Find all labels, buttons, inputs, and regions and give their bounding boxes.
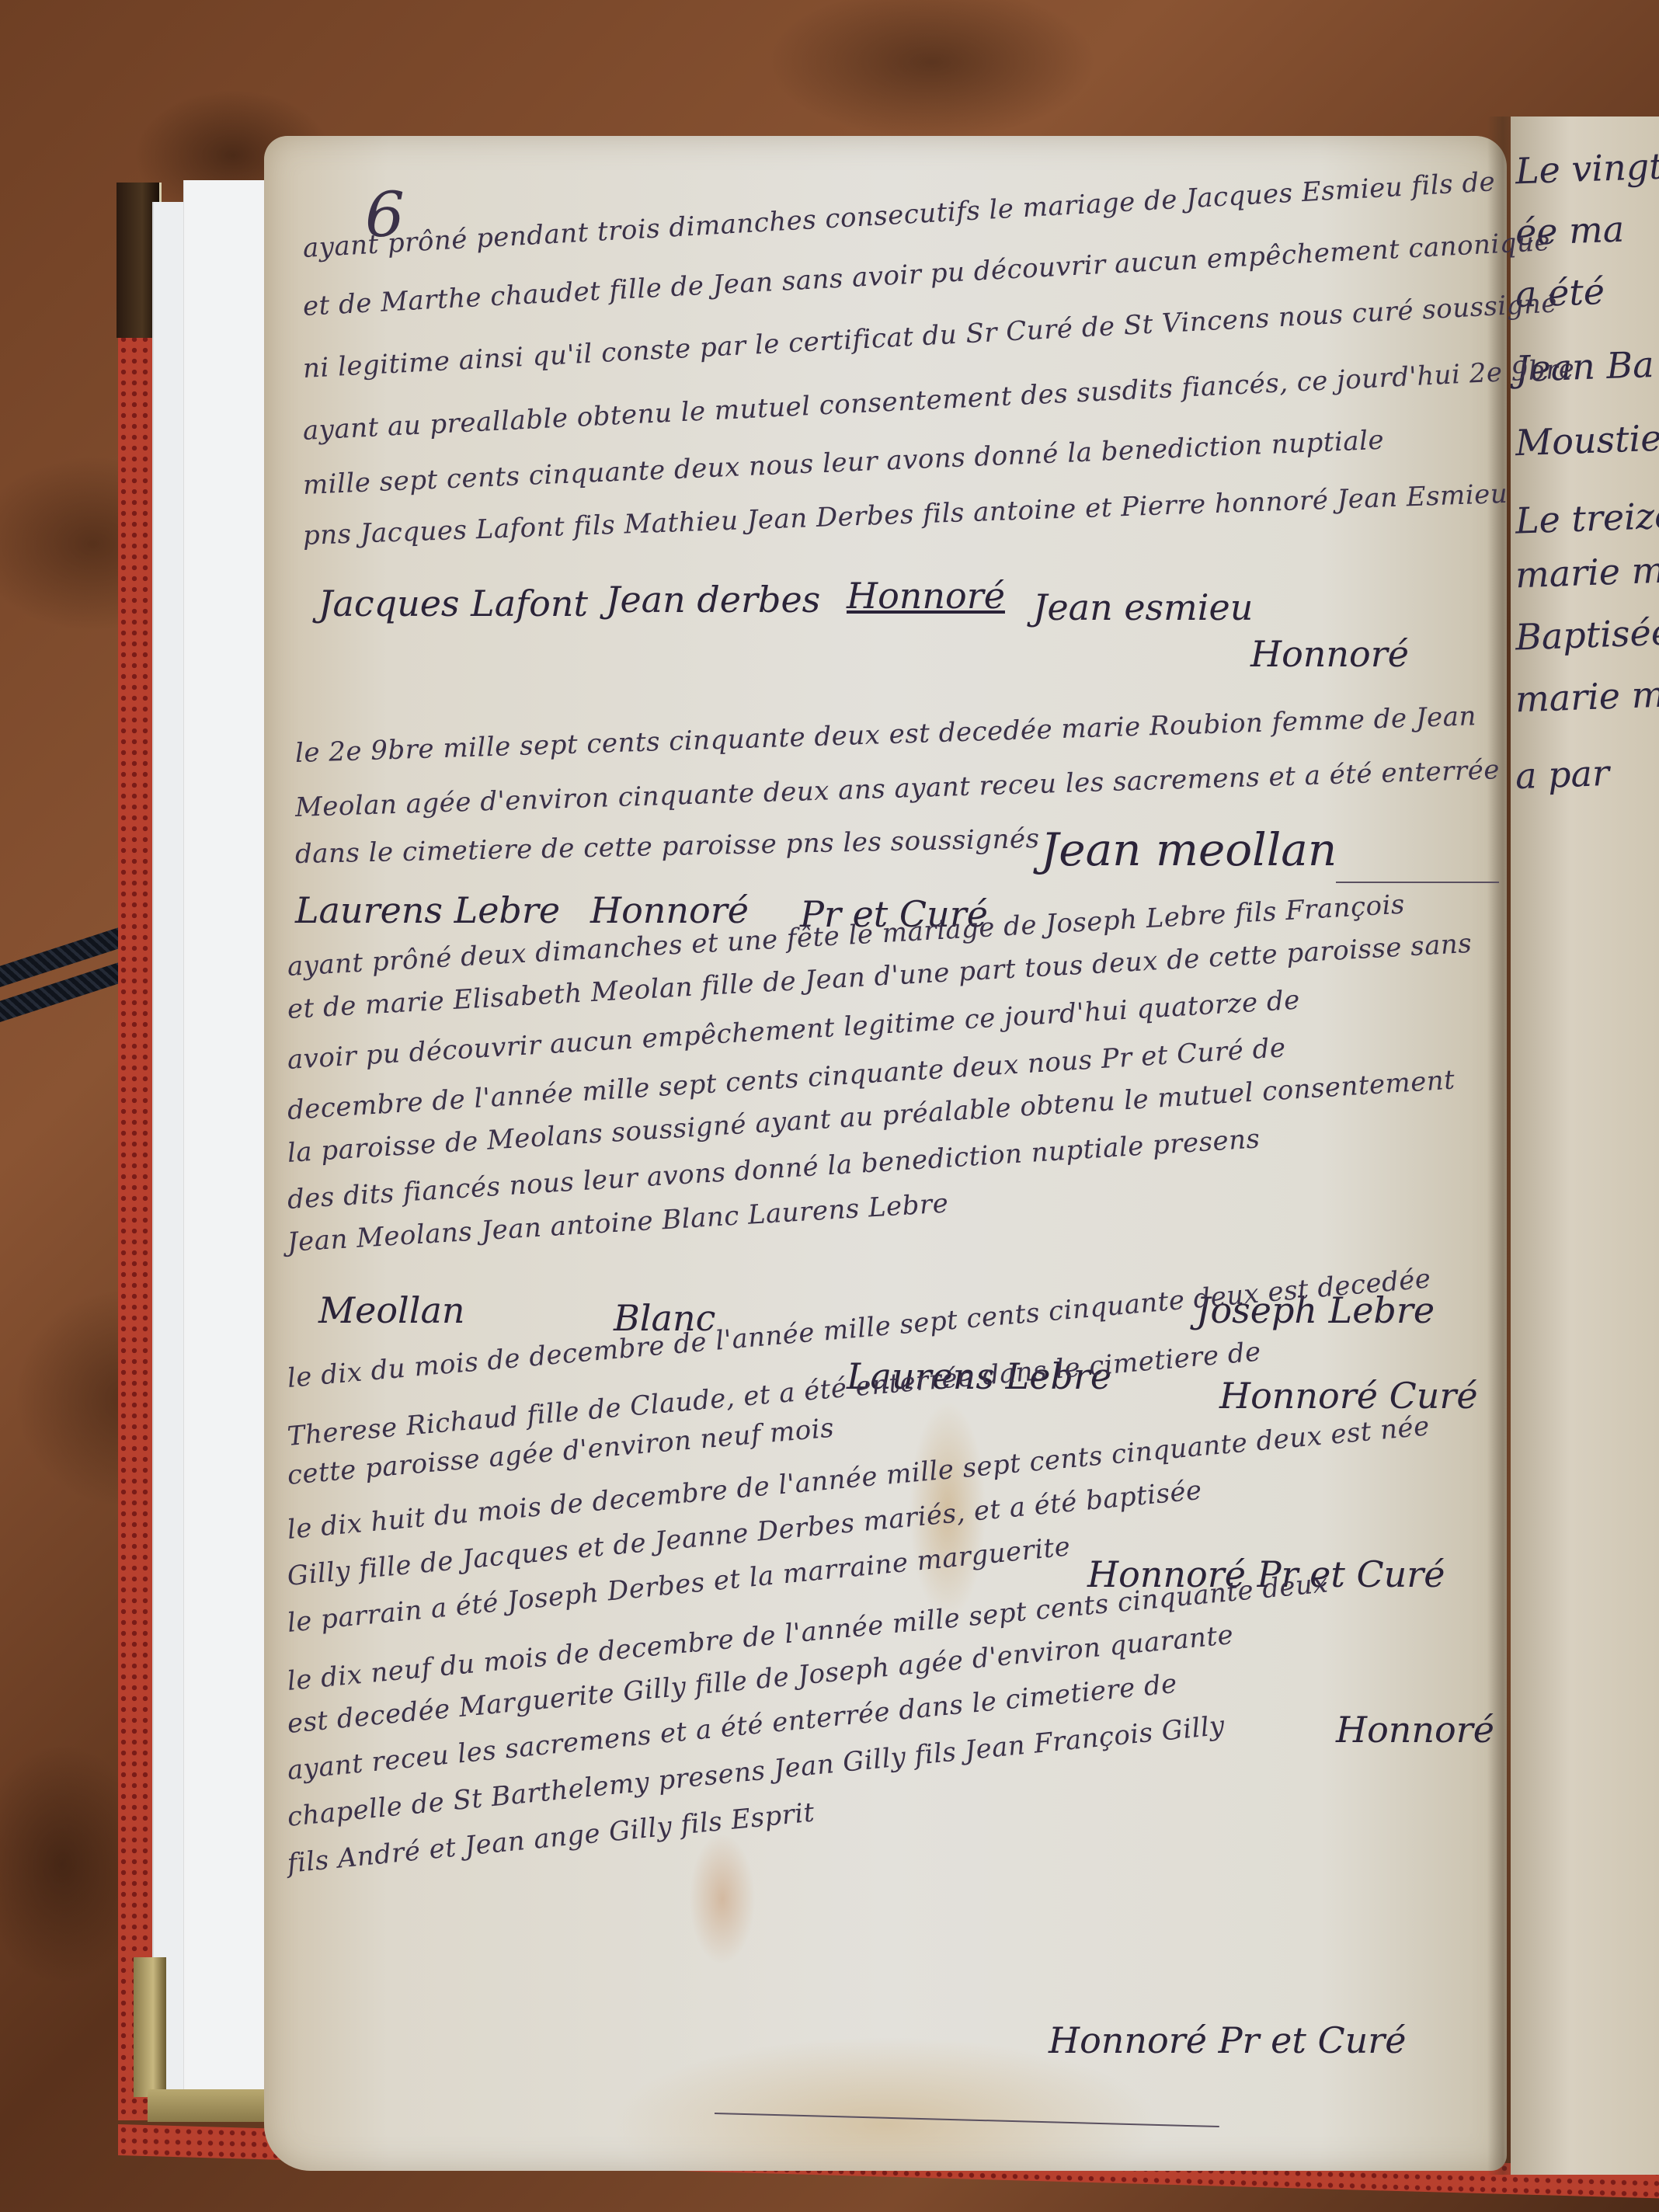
signature: Honnoré [847, 575, 1005, 617]
signature: Laurens Lebre [295, 889, 560, 931]
facing-text: Le treize [1515, 494, 1659, 541]
cover-red-leather-edge [118, 334, 152, 2120]
signature: Honnoré Curé [1219, 1375, 1478, 1417]
brass-corner-vertical [134, 1957, 166, 2097]
signature: Honnoré [590, 889, 749, 931]
facing-text: marie m [1515, 549, 1659, 596]
signature: Meollan [318, 1289, 465, 1331]
signature: Jean meollan [1041, 823, 1337, 876]
endpaper-sheet [183, 180, 277, 2106]
facing-text: Le vingt [1515, 145, 1659, 193]
facing-text: a par [1515, 752, 1610, 797]
facing-text: Moustie [1515, 417, 1659, 464]
signature: Jean esmieu [1033, 586, 1253, 628]
signature: Jean derbes [606, 579, 820, 621]
facing-text: Baptisée [1515, 610, 1659, 658]
signature: Honnoré Pr et Curé [1049, 2019, 1407, 2061]
facing-page: Le vingt ée ma a été Jean Ba Moustie Le … [1511, 117, 1659, 2175]
signature: Jacques Lafont [318, 583, 588, 624]
signature: Honnoré [1250, 633, 1409, 675]
facing-text: marie m [1515, 673, 1659, 721]
signature: Honnoré [1336, 1709, 1494, 1751]
signature-flourish [1336, 882, 1499, 883]
